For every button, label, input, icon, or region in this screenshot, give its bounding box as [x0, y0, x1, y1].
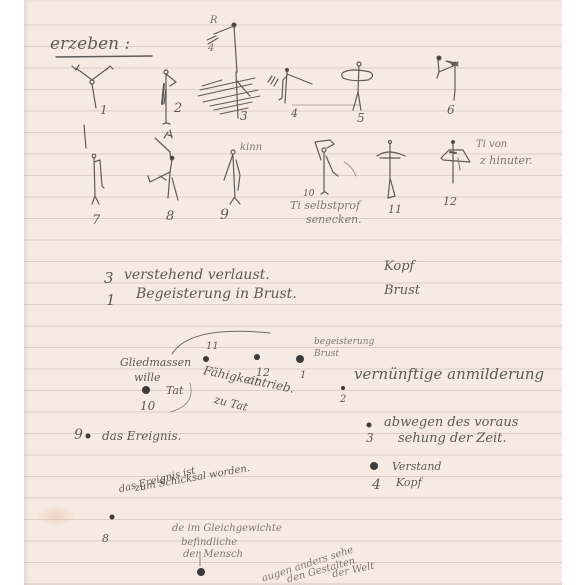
point-label-2: 2: [340, 395, 346, 405]
figure-label-11: 11: [388, 204, 402, 215]
point-label-1: 1: [300, 371, 306, 381]
figure-11-sketch: [377, 141, 405, 199]
fig12-annotation-1: Ti von: [476, 140, 507, 150]
note-line-1-number: 3: [104, 271, 114, 286]
point-label-11: 11: [206, 342, 219, 352]
text-gliedmassen-1: Gliedmassen: [120, 357, 191, 368]
figure-7-sketch: [84, 125, 104, 204]
text-gliedmassen-2: wille: [134, 372, 160, 383]
figure-label-7: 7: [92, 214, 100, 227]
fig10-caption-1: Ti selbstprof: [290, 200, 360, 211]
figure-label-8: 8: [166, 210, 174, 223]
note-line-2-right: Brust: [384, 284, 420, 297]
point-label-10: 10: [140, 400, 155, 412]
figure-1-sketch: [72, 65, 113, 108]
fig3-label-4: 4: [208, 44, 214, 54]
figure-label-3: 3: [240, 110, 248, 122]
point-label-9: 9: [74, 428, 83, 442]
note-line-1-right: Kopf: [384, 260, 414, 273]
text-vernuenftige: vernünftige anmilderung: [354, 367, 544, 382]
figure-12-sketch: [441, 141, 470, 184]
fig3-label-r: R: [210, 16, 218, 26]
figure-3-sketch: [198, 23, 260, 118]
text-verstand-2: Kopf: [396, 477, 422, 488]
point-label-3: 3: [366, 432, 374, 444]
figure-10-sketch: [315, 140, 356, 194]
text-verstand-1: Verstand: [392, 461, 441, 472]
figure-label-2: 2: [174, 102, 182, 115]
text-ereignis: das Ereignis.: [102, 430, 181, 442]
note-line-2-number: 1: [106, 293, 116, 308]
figure-6-sketch: [437, 56, 458, 100]
fig12-annotation-2: z hinuter.: [480, 155, 533, 166]
figure-label-4: 4: [291, 108, 298, 119]
figure-label-5: 5: [357, 112, 365, 124]
figure-label-1: 1: [100, 104, 108, 116]
fig9-annotation: kinn: [240, 143, 262, 153]
figure-9-sketch: [224, 150, 240, 204]
figure-4-sketch: [268, 69, 360, 106]
note-line-2-text: Begeisterung in Brust.: [136, 287, 297, 301]
point-label-8: 8: [102, 533, 109, 544]
text-begeisterung-1: begeisterung: [314, 338, 374, 347]
text-gleichgewicht-2: befindliche: [181, 538, 237, 548]
figure-8-sketch: [148, 130, 178, 200]
figure-label-10: 10: [303, 190, 314, 199]
text-abwaegen-1: abwegen des voraus: [384, 416, 518, 429]
figure-label-9: 9: [220, 208, 229, 222]
figure-label-6: 6: [447, 104, 455, 116]
note-line-1-text: verstehend verlaust.: [124, 268, 270, 282]
text-gleichgewicht-1: de im Gleichgewichte: [172, 524, 282, 534]
diagram-arc-top: [172, 331, 270, 354]
text-tat: Tat: [166, 385, 183, 396]
text-begeisterung-2: Brust: [314, 350, 339, 359]
heading-underline: [56, 56, 152, 57]
fig10-caption-2: senecken.: [306, 214, 362, 225]
heading-text: erzeben :: [50, 36, 130, 53]
point-label-4: 4: [372, 478, 381, 492]
figure-5-sketch: [342, 62, 373, 110]
text-abwaegen-2: sehung der Zeit.: [398, 432, 507, 445]
text-gleichgewicht-3: der Mensch: [183, 550, 243, 560]
figure-label-12: 12: [443, 196, 457, 207]
